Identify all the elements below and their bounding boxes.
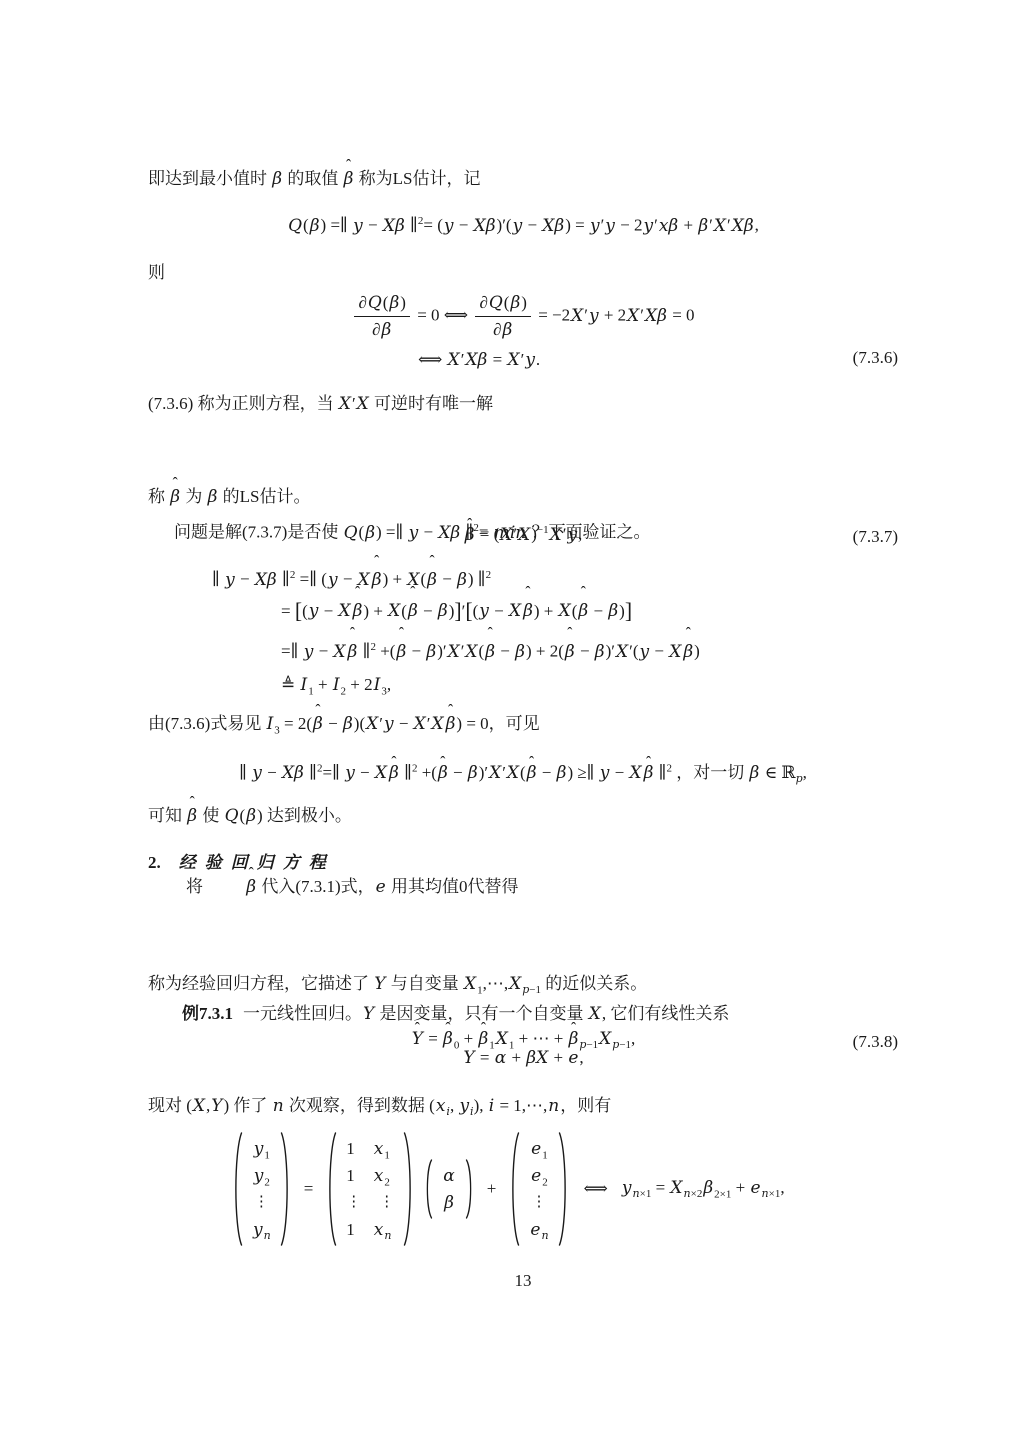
equation-group-736: ∂Q(β)∂β = 0 ⟺ ∂Q(β)∂β = −2X′y + 2X′Xβ = … — [148, 292, 898, 378]
example-label: 例7.3.1 — [182, 1004, 233, 1023]
section-heading: 2.经验回归方程 — [148, 848, 898, 873]
iff-arrow: ⟺ — [584, 1179, 608, 1199]
equation-normal-line1: ∂Q(β)∂β = 0 ⟺ ∂Q(β)∂β = −2X′y + 2X′Xβ = … — [148, 292, 898, 342]
paragraph-substitute: 将 ˆβ 代入(7.3.1)式，e 用其均值0代替得 — [148, 874, 898, 900]
derivation-block: ∥ y − Xβ ∥2 =∥ (y − Xˆβ) + X(ˆβ − β) ∥2 … — [148, 557, 898, 703]
paren-right-icon — [402, 1131, 416, 1247]
paren-right-icon — [557, 1131, 571, 1247]
equation-number: (7.3.6) — [853, 348, 898, 368]
equation-normal-line2: ⟺ X′Xβ = X′y. — [148, 350, 898, 370]
paren-left-icon — [324, 1131, 338, 1247]
paren-right-icon — [279, 1131, 293, 1247]
paragraph-question: 问题是解(7.3.7)是否使 Q(β) =∥ y − Xβ ∥2= min ？下… — [148, 516, 898, 546]
paragraph-i3-zero: 由(7.3.6)式易见 I3 = 2(ˆβ − β)(X′y − X′Xˆβ) … — [148, 711, 898, 743]
matrix-compact-form: yn×1 = Xn×2β2×1 + en×1, — [621, 1178, 785, 1200]
paragraph-example: 例7.3.1一元线性回归。Y 是因变量，只有一个自变量 X, 它们有线性关系 — [148, 1001, 898, 1027]
matrix-error-vector: e1e2⋮en — [507, 1131, 570, 1247]
equation-q-definition: Q(β) =∥ y − Xβ ∥2= (y − Xβ)′(y − Xβ) = y… — [148, 215, 898, 236]
paragraph-empirical-name: 称为经验回归方程，它描述了 Y 与自变量 X1,⋯,Xp−1 的近似关系。 — [148, 971, 898, 1003]
derivation-line: ≜ I1 + I2 + 2I3, — [281, 667, 898, 703]
paren-left-icon — [422, 1158, 434, 1220]
section-number: 2. — [148, 853, 161, 872]
equation-inequality: ∥ y − Xβ ∥2=∥ y − Xˆβ ∥2 +(ˆβ − β)′X′X(ˆ… — [148, 758, 898, 785]
plus-sign: + — [487, 1179, 497, 1199]
derivation-line: =∥ y − Xˆβ ∥2 +(ˆβ − β)′X′X(ˆβ − β) + 2(… — [281, 629, 898, 665]
paren-right-icon — [464, 1158, 476, 1220]
paragraph-ls-name: 称 ˆβ 为 β 的LS估计。 — [148, 484, 898, 510]
paren-left-icon — [230, 1131, 244, 1247]
matrix-equation: y1y2⋮yn = 1x11x2⋮⋮1xn αβ + e1e2⋮en ⟺ yn×… — [230, 1131, 785, 1247]
paragraph-then: 则 — [148, 260, 898, 285]
paragraph-observations: 现对 (X,Y) 作了 n 次观察，得到数据 (xi, yi), i = 1,⋯… — [148, 1093, 898, 1125]
document-page: 即达到最小值时 β 的取值 ˆβ 称为LS估计，记 Q(β) =∥ y − Xβ… — [0, 0, 1019, 1440]
paren-left-icon — [507, 1131, 521, 1247]
matrix-design-x: 1x11x2⋮⋮1xn — [324, 1131, 416, 1247]
paragraph-normal-eq: (7.3.6) 称为正则方程，当 X′X 可逆时有唯一解 — [148, 391, 898, 417]
example-text: 一元线性回归。Y 是因变量，只有一个自变量 X, 它们有线性关系 — [243, 1004, 729, 1023]
matrix-y-vector: y1y2⋮yn — [230, 1131, 293, 1247]
derivation-line: ∥ y − Xβ ∥2 =∥ (y − Xˆβ) + X(ˆβ − β) ∥2 — [212, 557, 898, 593]
paragraph-minimum: 可知 ˆβ 使 Q(β) 达到极小。 — [148, 803, 898, 829]
derivation-line: = [(y − Xˆβ) + X(ˆβ − β)]′[(y − Xˆβ) + X… — [281, 593, 898, 629]
page-number: 13 — [148, 1271, 898, 1291]
paragraph-ls-intro: 即达到最小值时 β 的取值 ˆβ 称为LS估计，记 — [148, 166, 898, 192]
equals-sign: = — [304, 1179, 314, 1199]
equation-simple-linear: Y = α + βX + e, — [148, 1048, 898, 1068]
matrix-coefficient-vector: αβ — [422, 1158, 475, 1220]
